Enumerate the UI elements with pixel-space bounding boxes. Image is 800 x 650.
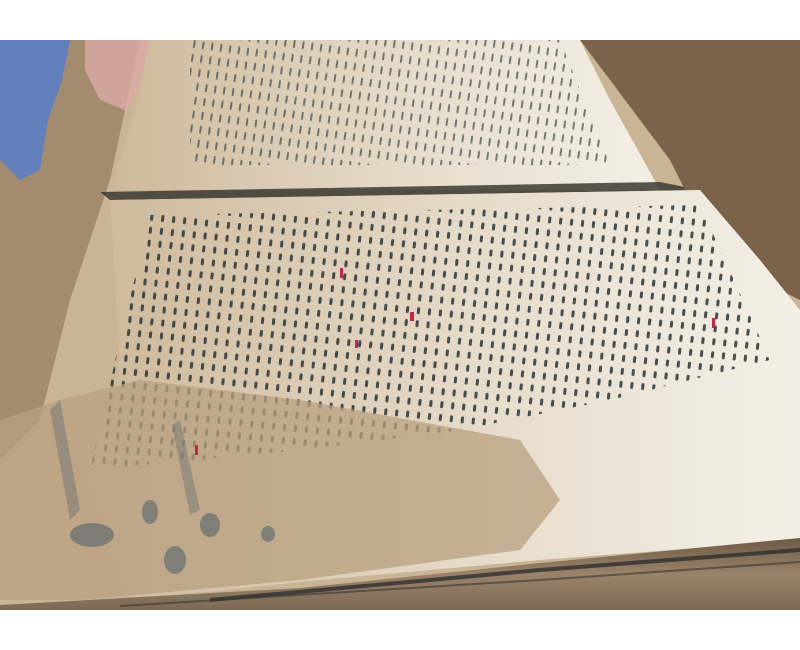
red-mark <box>355 340 358 348</box>
watercolor-painting <box>0 40 800 610</box>
red-mark <box>195 445 198 455</box>
red-mark <box>340 268 343 278</box>
upper-script-lines <box>190 40 610 165</box>
manuscript-illustration <box>0 40 800 610</box>
red-mark <box>712 318 715 328</box>
red-mark <box>410 312 414 321</box>
